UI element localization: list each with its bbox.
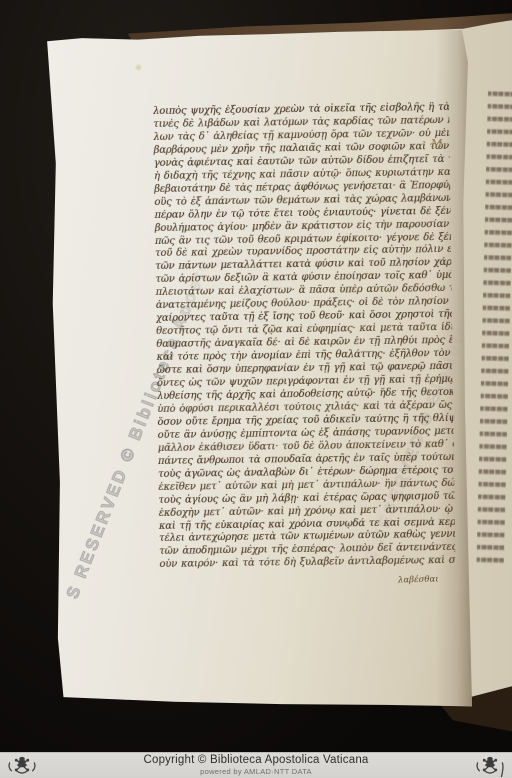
- manuscript-page: S RESERVED © Biblioteca Apostolica S RES…: [0, 0, 512, 778]
- footer-text-group: Copyright © Biblioteca Apostolica Vatica…: [0, 754, 512, 776]
- powered-by-text: powered by AMLAD·NTT DATA: [0, 767, 512, 776]
- paper-stain: [134, 64, 143, 71]
- vatican-crossed-keys-emblem-icon: [473, 754, 507, 777]
- copyright-text: Copyright © Biblioteca Apostolica Vatica…: [0, 754, 512, 767]
- margin-mark: Μ: [430, 137, 443, 150]
- footer-bar: Copyright © Biblioteca Apostolica Vatica…: [0, 752, 512, 778]
- manuscript-text-block: λοιπὸς ψυχῆς ἐξουσίαν χρεὼν τὰ οἰκεῖα τῆ…: [153, 102, 455, 572]
- digitized-manuscript-photo: S RESERVED © Biblioteca Apostolica S RES…: [0, 0, 512, 778]
- catchword: λαβέσθαι: [398, 574, 439, 585]
